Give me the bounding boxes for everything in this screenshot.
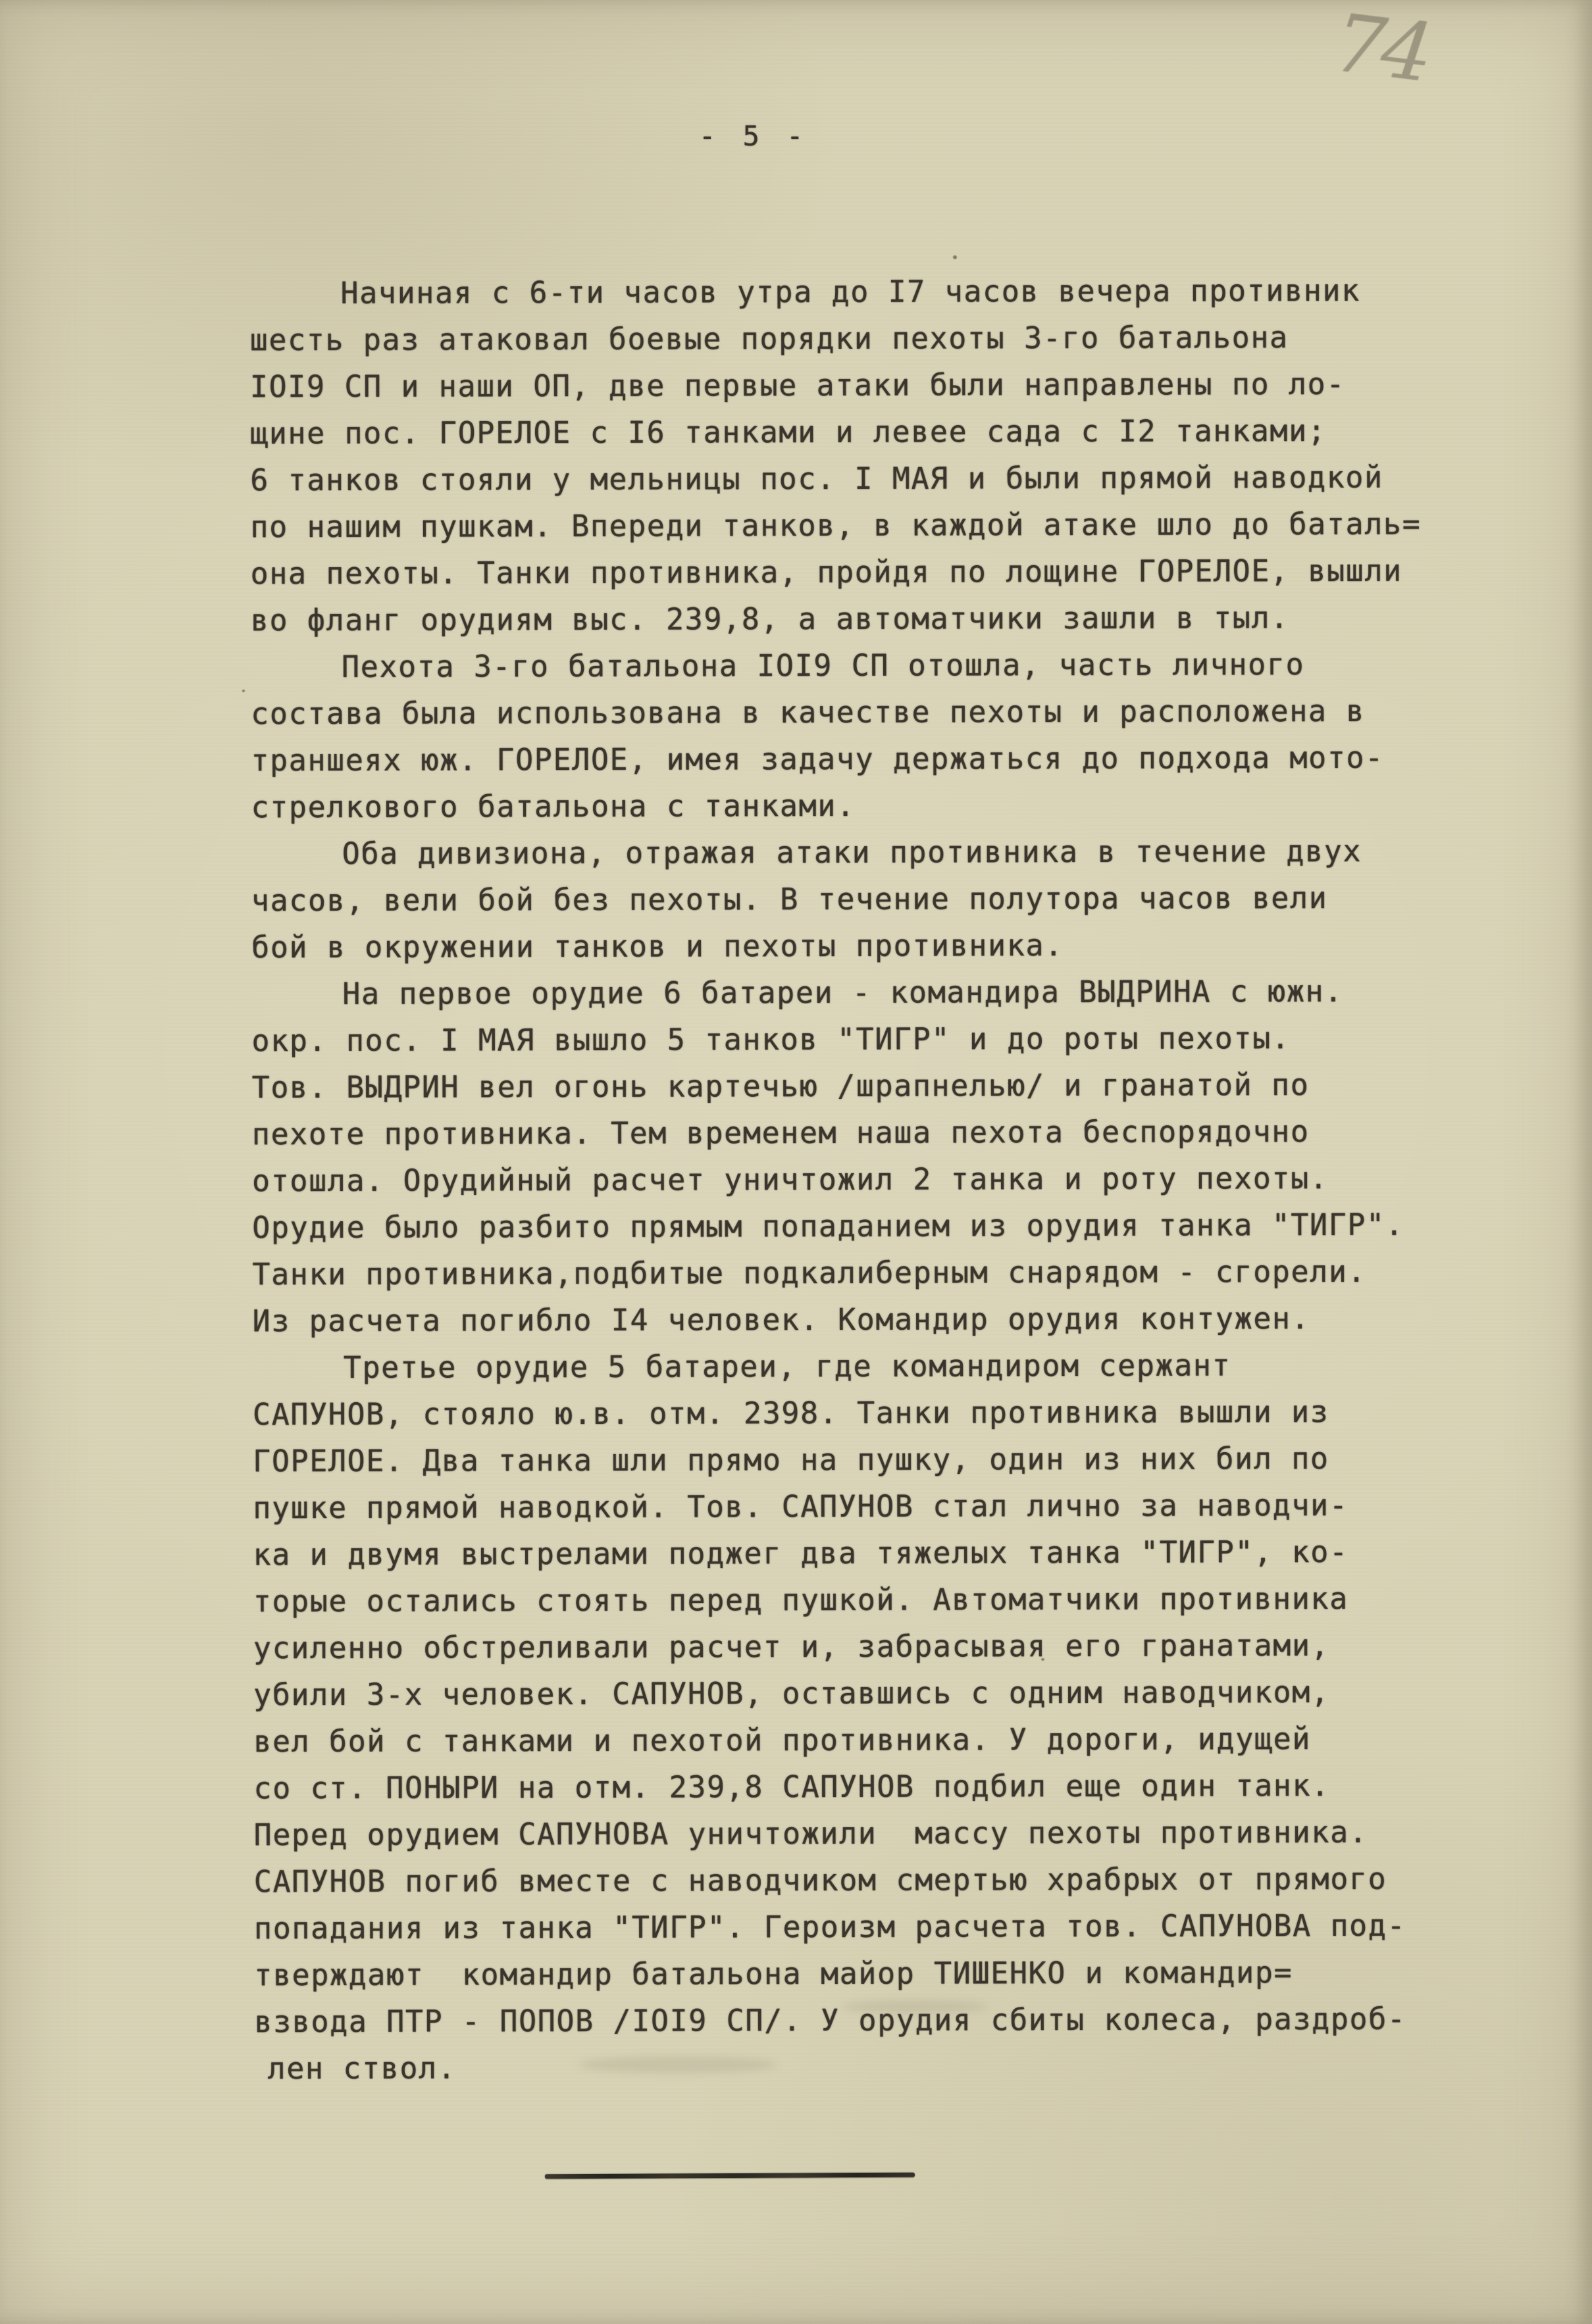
text-line: ка и двумя выстрелами поджег два тяжелых…: [253, 1528, 1437, 1579]
text-line: траншеях юж. ГОРЕЛОЕ, имея задачу держат…: [251, 734, 1435, 784]
text-line: Оба дивизиона, отражая атаки противника …: [251, 828, 1436, 878]
text-line: САПУНОВ погиб вместе с наводчиком смерть…: [254, 1856, 1439, 1906]
paper-smudge: [579, 2056, 777, 2073]
typed-separator-line: [545, 2173, 915, 2179]
paragraph: Оба дивизиона, отражая атаки противника …: [251, 828, 1437, 971]
document-body: Начиная с 6-ти часов утра до I7 часов ве…: [249, 267, 1439, 2092]
ink-speck: [953, 255, 957, 259]
paragraph: На первое орудие 6 батареи - командира В…: [251, 968, 1437, 1345]
paper-smudge: [842, 2000, 987, 2013]
paragraph: Начиная с 6-ти часов утра до I7 часов ве…: [249, 267, 1435, 644]
typed-page-number: - 5 -: [699, 120, 808, 152]
text-line: Танки противника,подбитые подкалиберным …: [252, 1248, 1437, 1298]
ink-speck: [1041, 1658, 1044, 1661]
text-line: пехоте противника. Тем временем наша пех…: [252, 1108, 1437, 1158]
text-line: часов, вели бой без пехоты. В течение по…: [251, 874, 1436, 924]
text-line: попадания из танка "ТИГР". Героизм расче…: [254, 1902, 1439, 1952]
text-line: На первое орудие 6 батареи - командира В…: [251, 968, 1436, 1018]
text-line: Из расчета погибло I4 человек. Командир …: [252, 1295, 1437, 1345]
text-line: ГОРЕЛОЕ. Два танка шли прямо на пушку, о…: [253, 1435, 1437, 1485]
text-line: Начиная с 6-ти часов утра до I7 часов ве…: [249, 267, 1434, 317]
scanned-document-page: 74 - 5 - Начиная с 6-ти часов утра до I7…: [0, 0, 1592, 2324]
text-line: она пехоты. Танки противника, пройдя по …: [250, 547, 1435, 597]
paragraph: Третье орудие 5 батареи, где командиром …: [253, 1342, 1439, 2092]
text-line: Тов. ВЫДРИН вел огонь картечью /шрапнель…: [252, 1061, 1437, 1111]
text-line: щине пос. ГОРЕЛОЕ с I6 танками и левее с…: [250, 407, 1435, 457]
text-line: стрелкового батальона с танками.: [251, 781, 1435, 831]
text-line: шесть раз атаковал боевые порядки пехоты…: [250, 314, 1435, 364]
text-line: по нашим пушкам. Впереди танков, в каждо…: [250, 501, 1435, 551]
text-line: усиленно обстреливали расчет и, забрасыв…: [253, 1622, 1438, 1672]
text-line: пушке прямой наводкой. Тов. САПУНОВ стал…: [253, 1482, 1437, 1532]
text-line: убили 3-х человек. САПУНОВ, оставшись с …: [253, 1669, 1438, 1719]
text-line: торые остались стоять перед пушкой. Авто…: [253, 1575, 1438, 1625]
text-line: Перед орудием САПУНОВА уничтожили массу …: [254, 1809, 1439, 1859]
text-line: бой в окружении танков и пехоты противни…: [251, 921, 1436, 971]
text-line: тверждают командир батальона майор ТИШЕН…: [254, 1949, 1439, 1999]
text-line: вел бой с танками и пехотой противника. …: [253, 1715, 1438, 1765]
text-line: лен ствол.: [254, 2042, 1439, 2092]
paragraph: Пехота 3-го батальона IOI9 СП отошла, ча…: [251, 641, 1436, 831]
text-line: IOI9 СП и наши ОП, две первые атаки были…: [250, 361, 1435, 411]
text-line: Третье орудие 5 батареи, где командиром …: [253, 1342, 1437, 1392]
text-line: состава была использована в качестве пех…: [251, 688, 1435, 738]
text-line: 6 танков стояли у мельницы пос. I МАЯ и …: [250, 454, 1435, 504]
text-line: Пехота 3-го батальона IOI9 СП отошла, ча…: [251, 641, 1435, 691]
text-line: со ст. ПОНЫРИ на отм. 239,8 САПУНОВ подб…: [253, 1762, 1438, 1812]
text-line: взвода ПТР - ПОПОВ /IOI9 СП/. У орудия с…: [254, 1996, 1439, 2046]
text-line: САПУНОВ, стояло ю.в. отм. 2398. Танки пр…: [253, 1388, 1437, 1438]
text-line: окр. пос. I МАЯ вышло 5 танков "ТИГР" и …: [251, 1015, 1436, 1065]
text-line: во фланг орудиям выс. 239,8, а автоматчи…: [251, 594, 1435, 644]
ink-speck: [242, 690, 245, 692]
handwritten-page-number: 74: [1329, 0, 1434, 100]
text-line: Орудие было разбито прямым попаданием из…: [252, 1201, 1437, 1251]
text-line: отошла. Орудийный расчет уничтожил 2 тан…: [252, 1155, 1437, 1205]
